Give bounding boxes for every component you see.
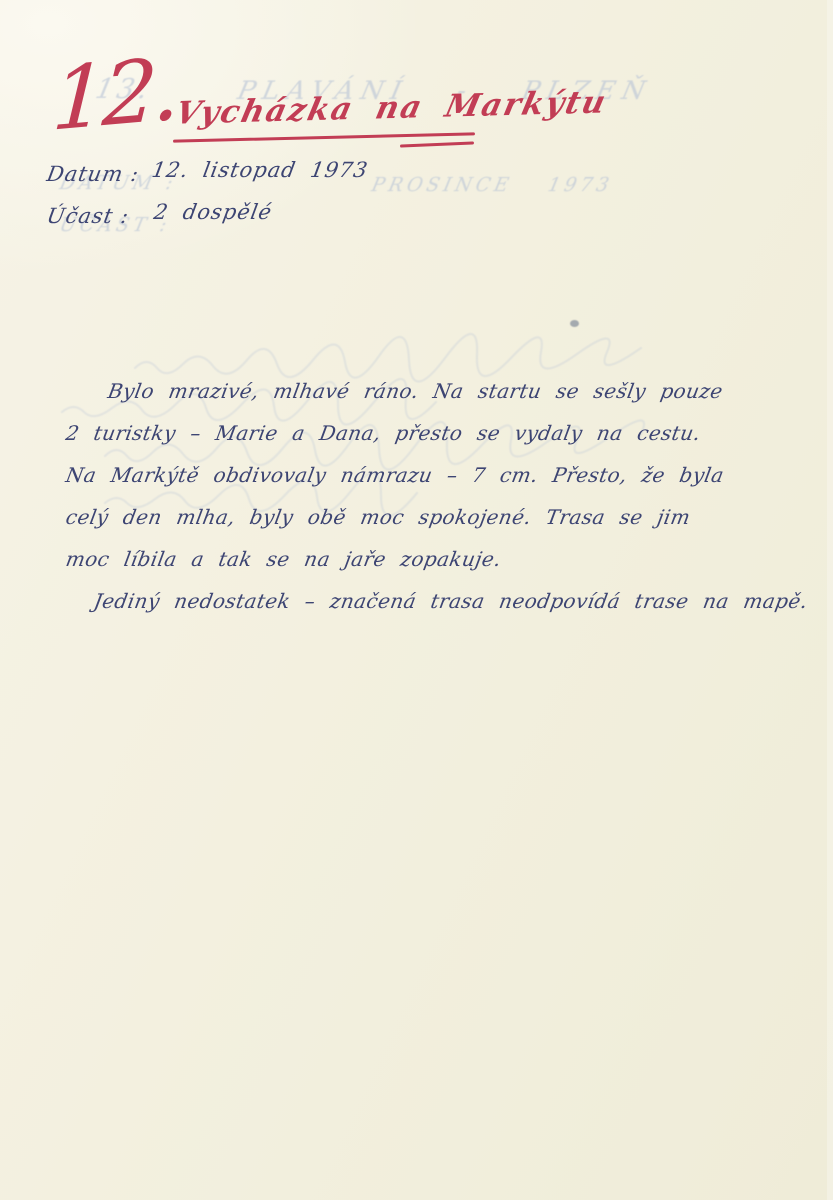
ink-speck (570, 320, 579, 327)
title-underline (173, 132, 475, 142)
title-underline-short (400, 141, 474, 147)
body-line: 2 turistky – Marie a Dana, přesto se vyd… (64, 421, 703, 445)
body-line: moc líbila a tak se na jaře zopakuje. (64, 547, 503, 571)
body-line: Bylo mrazivé, mlhavé ráno. Na startu se … (106, 379, 725, 403)
entry-number: 12. (50, 46, 179, 144)
scanned-journal-page: 13. PLAVÁNÍ - PLZEŇ DATUM : PROSINCE 197… (0, 0, 833, 1200)
ucast-label: Účast : (45, 204, 131, 228)
datum-value: 12. listopad 1973 (150, 158, 370, 182)
body-line: celý den mlha, byly obě moc spokojené. T… (64, 505, 692, 529)
ucast-value: 2 dospělé (152, 200, 274, 224)
body-line: Jediný nedostatek – značená trasa neodpo… (92, 589, 810, 613)
bleed-through-datum-value: PROSINCE 1973 (370, 174, 615, 196)
body-line: Na Markýtě obdivovaly námrazu – 7 cm. Př… (64, 463, 726, 487)
datum-label: Datum : (45, 162, 141, 186)
